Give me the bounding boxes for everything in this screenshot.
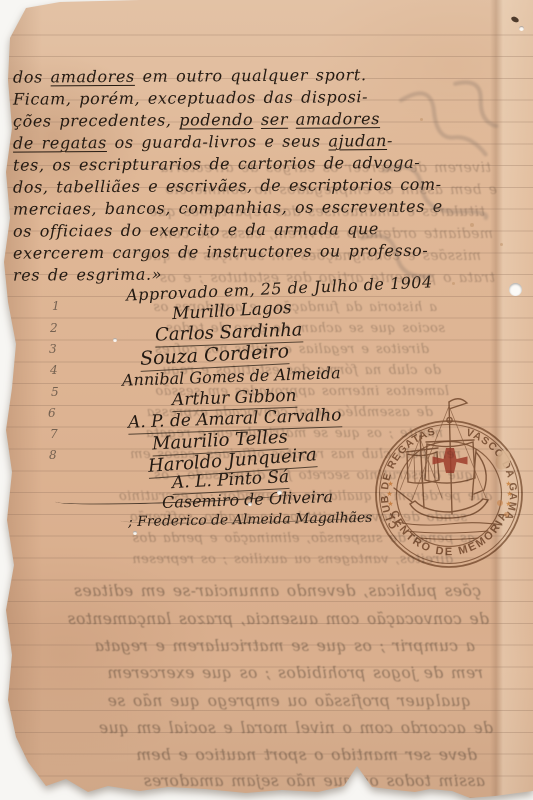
margin-number: 7: [50, 427, 58, 441]
manuscript-text: os officiaes do exercito e da armada que: [13, 219, 379, 241]
margin-number: 6: [48, 406, 56, 420]
margin-number: 3: [49, 342, 57, 356]
rust-spot: [420, 118, 423, 121]
star-icon: ★: [387, 480, 393, 488]
margin-number: 5: [51, 385, 59, 399]
margin-number: 2: [50, 321, 58, 335]
bleedthrough-line: rem de jogos prohibidos ; os que exercer…: [107, 664, 483, 682]
manuscript-text: podendo: [179, 110, 253, 130]
document-page: tiverem de exercer os cargos de director…: [0, 0, 533, 800]
bleedthrough-line: qualquer profissão ou emprego que não se: [107, 692, 471, 710]
rust-spot: [470, 223, 474, 227]
pinhole: [277, 490, 282, 495]
manuscript-text: os guarda-livros e seus: [107, 131, 329, 152]
pennant-flag: [449, 399, 467, 409]
manuscript-text: ções precedentes,: [13, 111, 179, 131]
rust-spot: [500, 243, 503, 246]
hole-punch: [509, 283, 522, 296]
scanned-document: tiverem de exercer os cargos de director…: [0, 0, 533, 800]
seal-stamp: CLUB DE REGATAS VASCO DA GAMA CENTRO DE …: [362, 390, 533, 596]
margin-number: 4: [50, 363, 58, 377]
margin-number: 1: [52, 299, 60, 313]
pinhole: [248, 502, 252, 506]
rust-spot: [452, 282, 455, 285]
bleedthrough-line: de accordo com o nivel moral e social em…: [99, 719, 493, 737]
manuscript-text: ser: [261, 110, 288, 129]
manuscript-text: dos: [13, 67, 51, 86]
manuscript-text: amadores: [51, 67, 135, 87]
manuscript-text: [288, 110, 296, 129]
paper-shadow: tiverem de exercer os cargos de director…: [0, 0, 533, 800]
seal-outer-ring: [376, 421, 522, 567]
seal-stars: ★ ★ ★ ★ ★ ★: [386, 480, 512, 508]
bleedthrough-line: deve ser mantido o sport nautico e bem: [136, 746, 477, 764]
star-icon: ★: [506, 490, 512, 498]
ship-hull: [410, 499, 488, 518]
star-icon: ★: [505, 480, 511, 488]
bleedthrough-line: de convocação com ausencia, prazos lança…: [67, 610, 489, 628]
star-icon: ★: [386, 490, 392, 498]
bleedthrough-line: a cumprir ; os que se matricularem e reg…: [94, 637, 475, 655]
pinhole: [113, 338, 117, 342]
manuscript-text: [253, 110, 261, 129]
pencil-scribble: [340, 55, 530, 385]
star-icon: ★: [505, 500, 511, 508]
manuscript-text: Ficam, porém, exceptuados das disposi-: [13, 87, 368, 108]
bleedthrough-line: assim todos os que não sejam amadores: [143, 772, 485, 790]
pinhole: [133, 531, 137, 535]
manuscript-text: em outro qualquer sport.: [135, 65, 367, 86]
margin-number: 8: [49, 448, 57, 462]
star-icon: ★: [387, 500, 393, 508]
manuscript-text: de regatas: [13, 133, 107, 153]
rust-spot: [504, 512, 509, 517]
rust-spot: [497, 500, 503, 506]
pinhole: [519, 26, 524, 31]
manuscript-text: res de esgrima.»: [13, 265, 162, 285]
